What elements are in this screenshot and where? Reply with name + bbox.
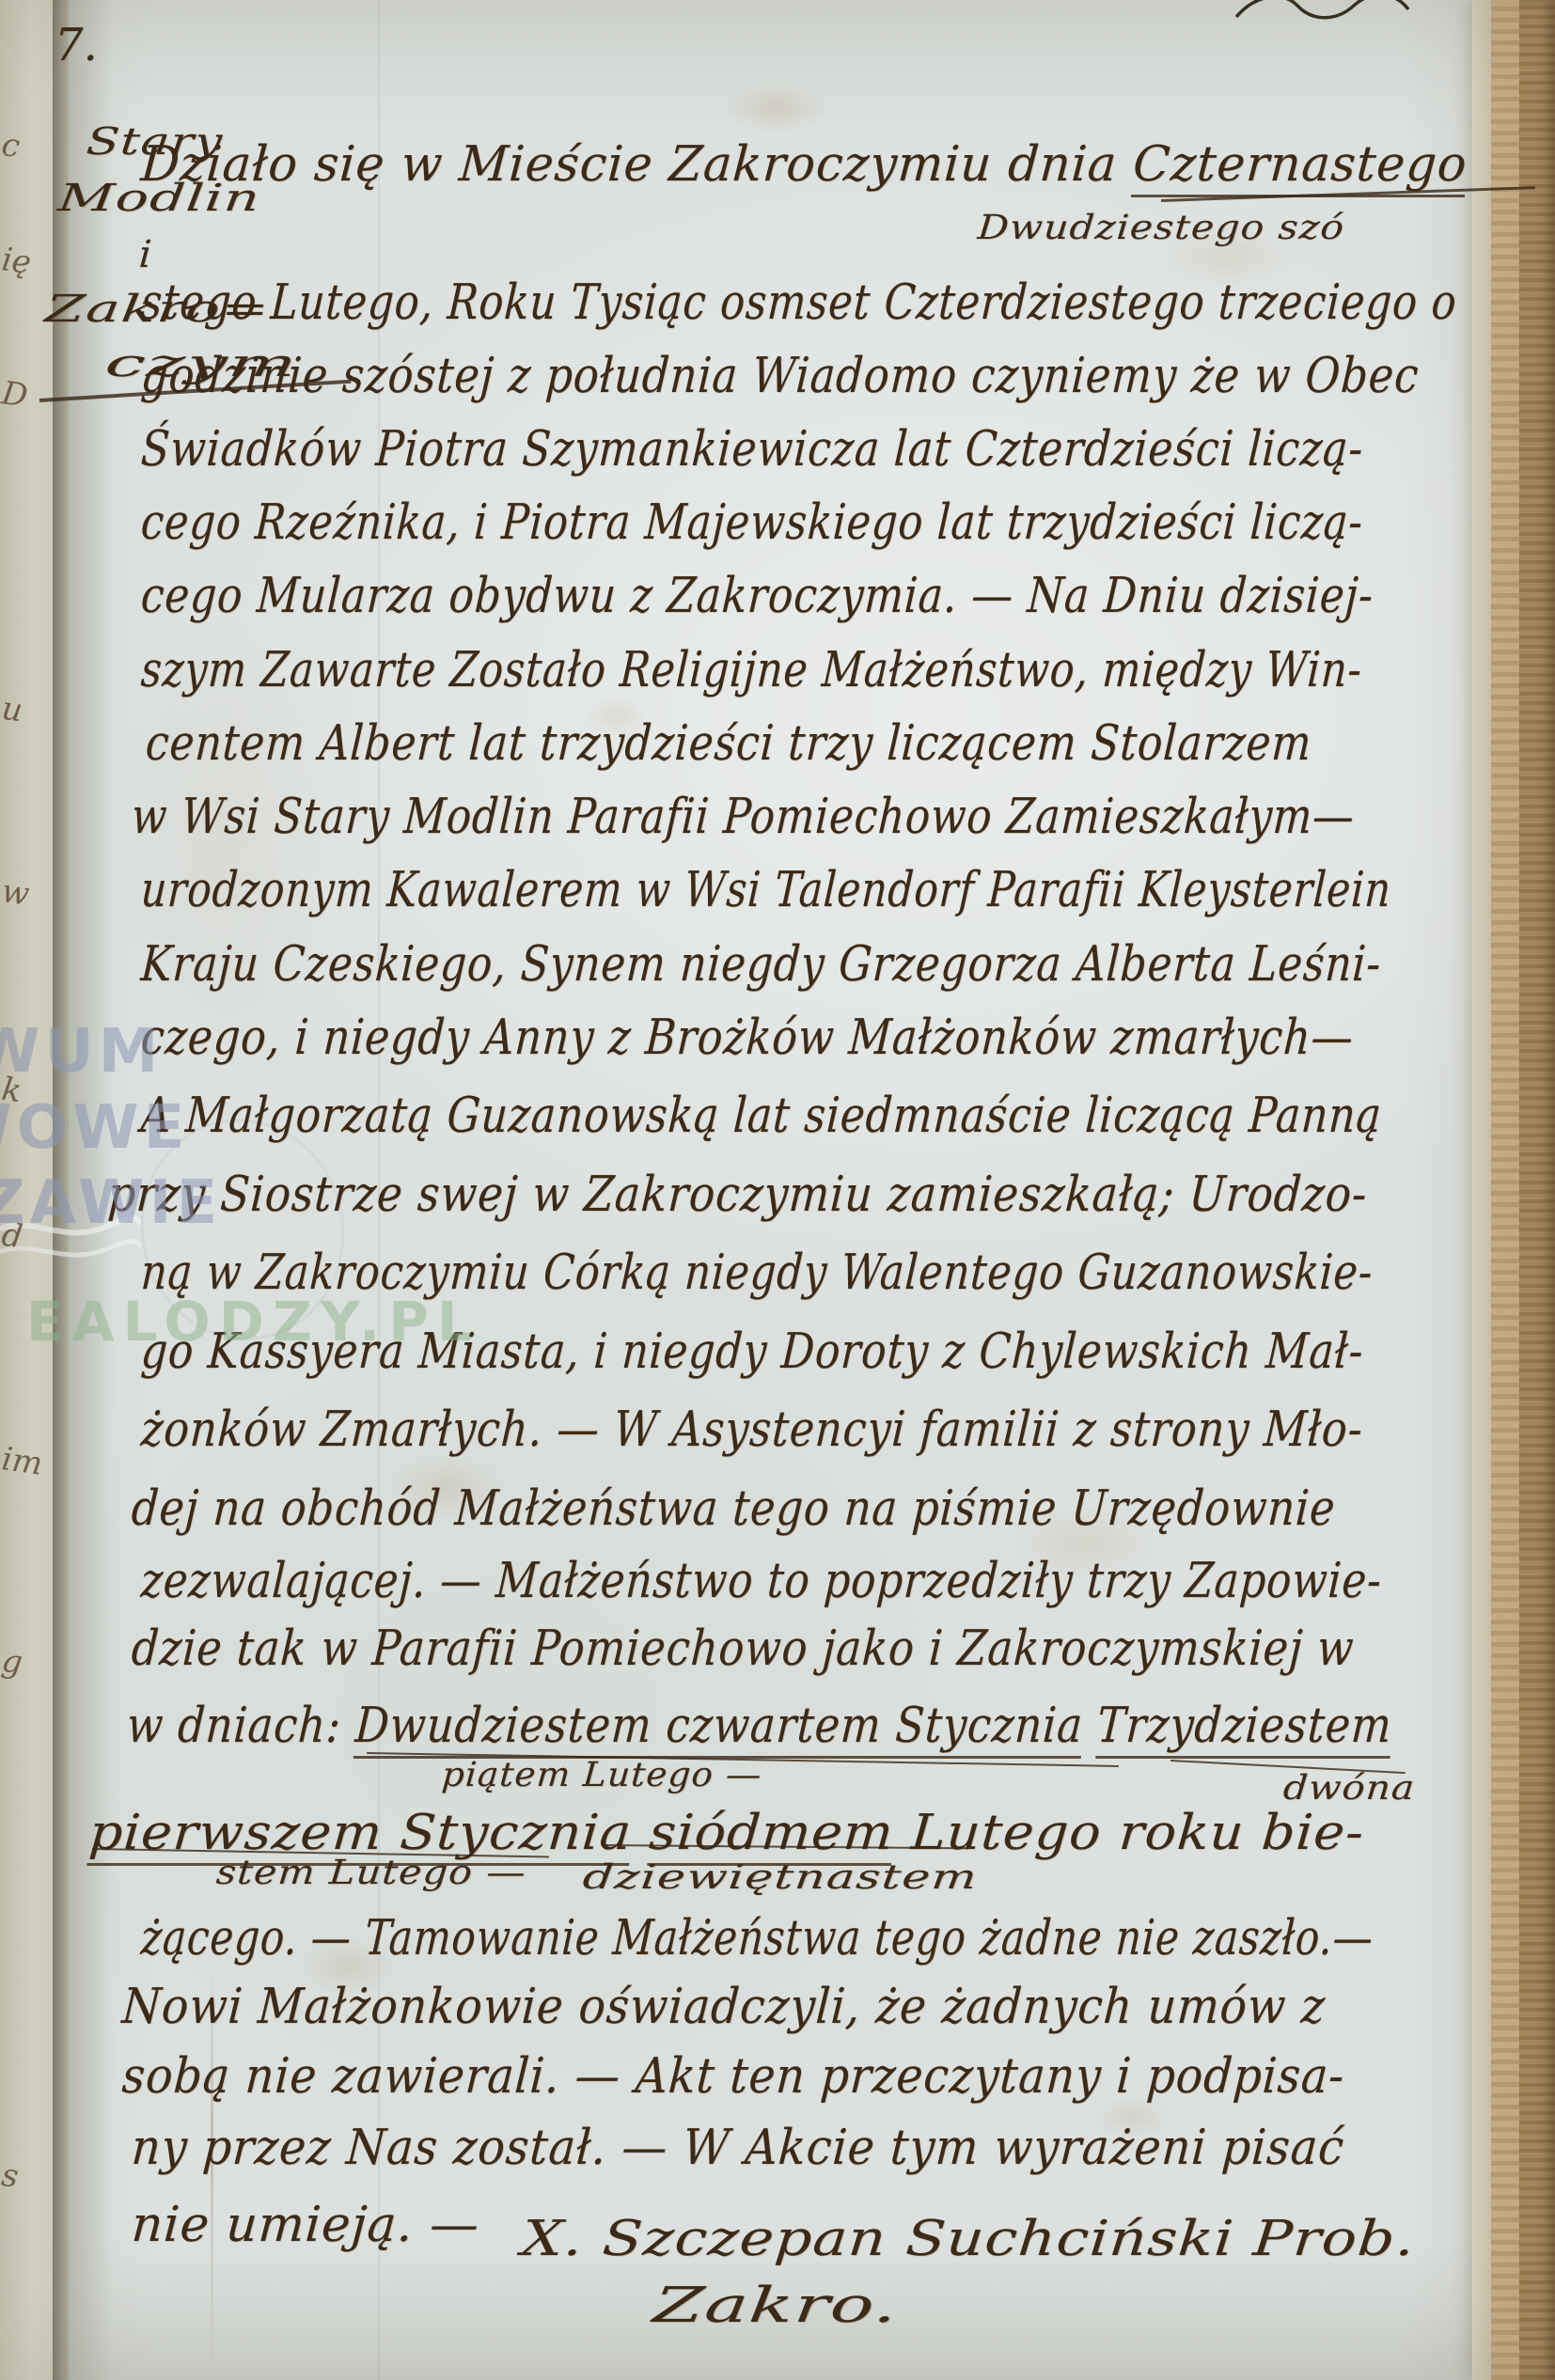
text-line: dziewiętnastem — [581, 1858, 980, 1897]
text-segment: dej na obchód Małżeństwa tego na piśmie … — [130, 1480, 1337, 1537]
text-segment: w dniach: — [125, 1698, 357, 1754]
text-segment: stego Lutego, Roku Tysiąc osmset Czterdz… — [139, 274, 1458, 331]
text-segment: żącego. — Tamowanie Małżeństwa tego żadn… — [139, 1910, 1374, 1966]
foxing-stain — [724, 83, 827, 133]
text-segment: urodzonym Kawalerem w Wsi Talendorf Para… — [139, 862, 1392, 918]
text-segment: A Małgorzatą Guzanowską lat siedmnaście … — [139, 1088, 1383, 1144]
text-line: cego Mularza obydwu z Zakroczymia. — Na … — [139, 568, 1374, 624]
text-line: stem Lutego — — [214, 1854, 527, 1892]
text-line: nie umieją. — — [130, 2197, 481, 2253]
adjacent-page-fragment: w — [0, 872, 32, 914]
text-segment: w Wsi Stary Modlin Parafii Pomiechowo Za… — [130, 789, 1356, 845]
text-segment: cego Mularza obydwu z Zakroczymia. — Na … — [139, 568, 1374, 624]
text-segment: piątem Lutego — — [441, 1756, 763, 1794]
text-segment: Nowi Małżonkowie oświadczyli, że żadnych… — [120, 1979, 1327, 2035]
adjacent-page-fragment: D — [0, 374, 30, 415]
text-line: w Wsi Stary Modlin Parafii Pomiechowo Za… — [130, 789, 1356, 845]
text-segment: siódmem — [647, 1805, 896, 1866]
text-line: Kraju Czeskiego, Synem niegdy Grzegorza … — [139, 936, 1383, 993]
margin-heading-word: i — [137, 233, 153, 276]
text-segment: Kraju Czeskiego, Synem niegdy Grzegorza … — [139, 936, 1383, 993]
archive-watermark-line: WOWE — [0, 1093, 189, 1163]
text-line: Nowi Małżonkowie oświadczyli, że żadnych… — [120, 1979, 1327, 2035]
text-line: urodzonym Kawalerem w Wsi Talendorf Para… — [139, 862, 1392, 918]
adjacent-page-fragment: ię — [0, 241, 34, 282]
text-segment: Czternastego — [1131, 136, 1469, 197]
text-line: dwóna — [1281, 1769, 1416, 1808]
ink-flourish — [1232, 0, 1410, 21]
text-segment: stem Lutego — — [214, 1854, 527, 1892]
text-line: dej na obchód Małżeństwa tego na piśmie … — [130, 1480, 1337, 1537]
text-segment: czego, i niegdy Anny z Brożków Małżonków… — [139, 1010, 1355, 1066]
text-segment: dzie tak w Parafii Pomiechowo jako i Zak… — [130, 1621, 1356, 1677]
adjacent-page-fragment: im — [0, 1440, 45, 1483]
text-line: dzie tak w Parafii Pomiechowo jako i Zak… — [130, 1621, 1356, 1677]
text-line: stego Lutego, Roku Tysiąc osmset Czterdz… — [139, 274, 1458, 331]
text-line: żonków Zmarłych. — W Asystencyi familii … — [139, 1401, 1364, 1458]
record-number: 7. — [55, 19, 98, 71]
text-segment: Dwudziestego szó — [976, 209, 1345, 247]
text-line: Działo się w Mieście Zakroczymiu dnia Cz… — [139, 136, 1469, 193]
page-block-edge-brown — [1519, 0, 1555, 2380]
text-segment: Działo się w Mieście Zakroczymiu dnia — [139, 136, 1135, 193]
text-line: cego Rzeźnika, i Piotra Majewskiego lat … — [139, 494, 1364, 551]
text-segment: zezwalającej. — Małżeństwo to poprzedził… — [139, 1553, 1383, 1609]
text-line: zezwalającej. — Małżeństwo to poprzedził… — [139, 1553, 1383, 1609]
page-block-edge-light — [1472, 0, 1491, 2380]
text-segment: centem Albert lat trzydzieści trzy liczą… — [144, 715, 1313, 772]
text-line: piątem Lutego — — [441, 1756, 763, 1794]
signature-place: Zakro. — [651, 2278, 902, 2334]
text-segment: Lutego roku bie- — [891, 1805, 1366, 1861]
scanned-register-page: 7. StaryModliniZakro=czym Działo się w M… — [0, 0, 1555, 2380]
genealogy-portal-watermark: EALODZY.PL — [26, 1290, 480, 1354]
text-line: sobą nie zawierali. — Akt ten przeczytan… — [120, 2048, 1346, 2105]
text-line: czego, i niegdy Anny z Brożków Małżonków… — [139, 1010, 1355, 1066]
text-line: Świadków Piotra Szymankiewicza lat Czter… — [139, 421, 1365, 478]
text-line: A Małgorzatą Guzanowską lat siedmnaście … — [139, 1088, 1383, 1144]
text-segment: szym Zawarte Zostało Religijne Małżeństw… — [139, 642, 1363, 698]
text-segment: X. Szczepan Suchciński Prob. — [520, 2211, 1418, 2267]
text-segment: dziewiętnastem — [581, 1858, 980, 1897]
text-segment: cego Rzeźnika, i Piotra Majewskiego lat … — [139, 494, 1364, 551]
text-segment: dwóna — [1281, 1769, 1416, 1808]
archive-watermark-line: WUM — [0, 1017, 163, 1087]
text-segment: Trzydziestem — [1095, 1698, 1393, 1759]
text-segment: nie umieją. — — [130, 2197, 481, 2253]
text-segment: sobą nie zawierali. — Akt ten przeczytan… — [120, 2048, 1346, 2105]
text-line: przy Siostrze swej w Zakroczymiu zamiesz… — [106, 1167, 1369, 1223]
text-segment: przy Siostrze swej w Zakroczymiu zamiesz… — [106, 1167, 1369, 1223]
text-segment: żonków Zmarłych. — W Asystencyi familii … — [139, 1401, 1364, 1458]
text-line: Dwudziestego szó — [976, 209, 1345, 247]
text-segment: ny przez Nas został. — W Akcie tym wyraż… — [130, 2120, 1346, 2176]
text-segment: Świadków Piotra Szymankiewicza lat Czter… — [139, 421, 1365, 478]
text-segment: Dwudziestem czwartem Stycznia — [353, 1698, 1085, 1759]
signature-priest: X. Szczepan Suchciński Prob. — [520, 2211, 1418, 2267]
text-line: w dniach: Dwudziestem czwartem Stycznia … — [125, 1698, 1393, 1754]
text-line: centem Albert lat trzydzieści trzy liczą… — [144, 715, 1313, 772]
text-segment: Zakro. — [651, 2278, 902, 2334]
text-line: ny przez Nas został. — W Akcie tym wyraż… — [130, 2120, 1346, 2176]
page-block-edge-tan — [1491, 0, 1519, 2380]
text-segment: godzinie szóstej z południa Wiadomo czyn… — [139, 348, 1421, 404]
text-line: szym Zawarte Zostało Religijne Małżeństw… — [139, 642, 1363, 698]
text-line: godzinie szóstej z południa Wiadomo czyn… — [139, 348, 1421, 404]
text-line: żącego. — Tamowanie Małżeństwa tego żadn… — [139, 1910, 1374, 1966]
archive-watermark-line: ZAWIE — [0, 1168, 222, 1238]
text-segment: i — [137, 233, 153, 276]
